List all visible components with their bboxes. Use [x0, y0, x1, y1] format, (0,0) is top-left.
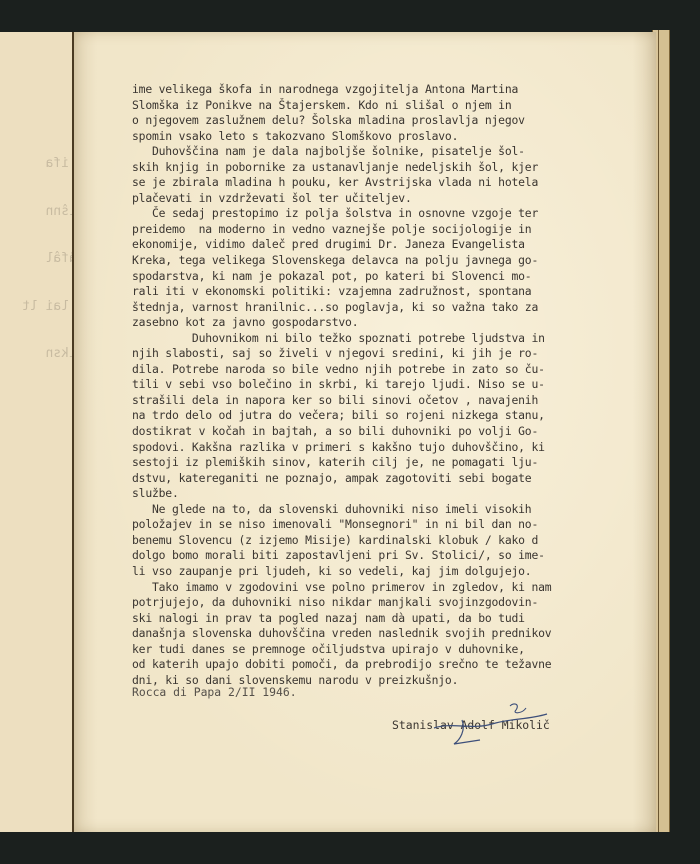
- body-line: preidemo na moderno in vedno vaznejše po…: [132, 222, 652, 238]
- body-line: službe.: [132, 486, 652, 502]
- body-line: dostikrat v kočah in bajtah, a so bili d…: [132, 424, 652, 440]
- body-line: spodarstva, ki nam je pokazal pot, po ka…: [132, 269, 652, 285]
- body-line: li vso zaupanje pri ljudeh, ki so vedeli…: [132, 564, 652, 580]
- body-line: Kreka, tega velikega Slovenskega delavca…: [132, 253, 652, 269]
- scanned-document-scene: ij ifa iilŝnn mlâfâl ui lai lt pniksn im…: [0, 0, 700, 864]
- previous-page-edge: ij ifa iilŝnn mlâfâl ui lai lt pniksn: [0, 32, 74, 832]
- body-line: ski nalogi in prav ta pogled nazaj nam d…: [132, 611, 652, 627]
- body-line: položajev in se niso imenovali "Monsegno…: [132, 517, 652, 533]
- body-line: spomin vsako leto s takozvano Slomškovo …: [132, 129, 652, 145]
- body-line: ime velikega škofa in narodnega vzgojite…: [132, 82, 652, 98]
- handwritten-signature-icon: [432, 700, 552, 750]
- body-line: njih slabosti, saj so živeli v njegovi s…: [132, 346, 652, 362]
- body-line: potrjujejo, da duhovniki niso nikdar man…: [132, 595, 652, 611]
- body-line: plačevati in vzdrževati šol ter učitelje…: [132, 191, 652, 207]
- body-line: se je zbirala mladina h pouku, ker Avstr…: [132, 175, 652, 191]
- body-line: na trdo delo od jutra do večera; bili so…: [132, 408, 652, 424]
- page-stack-edge-outer: [658, 30, 670, 832]
- body-line: Duhovnikom ni bilo težko spoznati potreb…: [132, 331, 652, 347]
- body-line: Slomška iz Ponikve na Štajerskem. Kdo ni…: [132, 98, 652, 114]
- body-line: dila. Potrebe naroda so bile vedno njih …: [132, 362, 652, 378]
- body-line: o njegovem zaslužnem delu? Šolska mladin…: [132, 113, 652, 129]
- body-line: Ne glede na to, da slovenski duhovniki n…: [132, 502, 652, 518]
- body-line: benemu Slovencu (z izjemo Misije) kardin…: [132, 533, 652, 549]
- body-line: Duhovščina nam je dala najboljše šolnike…: [132, 144, 652, 160]
- body-line: štednja, varnost hranilnic...so poglavja…: [132, 300, 652, 316]
- body-line: dolgo bomo morali biti zapostavljeni pri…: [132, 548, 652, 564]
- body-line: dstvu, katereganiti ne poznajo, ampak za…: [132, 471, 652, 487]
- bleed-through-text: ij ifa iilŝnn mlâfâl ui lai lt pniksn: [22, 124, 74, 394]
- body-line: Tako imamo v zgodovini vse polno primero…: [132, 580, 652, 596]
- body-line: današnja slovenska duhovščina vreden nas…: [132, 626, 652, 642]
- body-line: rali iti v ekonomski politiki: vzajemna …: [132, 284, 652, 300]
- body-line: spodovi. Kakšna razlika v primeri s kakš…: [132, 440, 652, 456]
- document-page: ime velikega škofa in narodnega vzgojite…: [74, 32, 656, 832]
- body-line: tili v sebi vso bolečino in skrbi, ki ta…: [132, 377, 652, 393]
- body-line: strašili dela in napora ker so bili sino…: [132, 393, 652, 409]
- body-line: zasebno kot za javno gospodarstvo.: [132, 315, 652, 331]
- body-line: skih knjig in pobornike za ustanavljanje…: [132, 160, 652, 176]
- typewritten-body: ime velikega škofa in narodnega vzgojite…: [132, 82, 652, 688]
- date-place-line: Rocca di Papa 2/II 1946.: [132, 685, 297, 699]
- body-line: sestoji iz plemiških sinov, katerih cilj…: [132, 455, 652, 471]
- body-line: Če sedaj prestopimo iz polja šolstva in …: [132, 206, 652, 222]
- body-line: ekonomije, vidimo daleč pred drugimi Dr.…: [132, 237, 652, 253]
- body-line: od katerih upajo dobiti pomoči, da prebr…: [132, 657, 652, 673]
- body-line: ker tudi danes se premnoge očiljudstva u…: [132, 642, 652, 658]
